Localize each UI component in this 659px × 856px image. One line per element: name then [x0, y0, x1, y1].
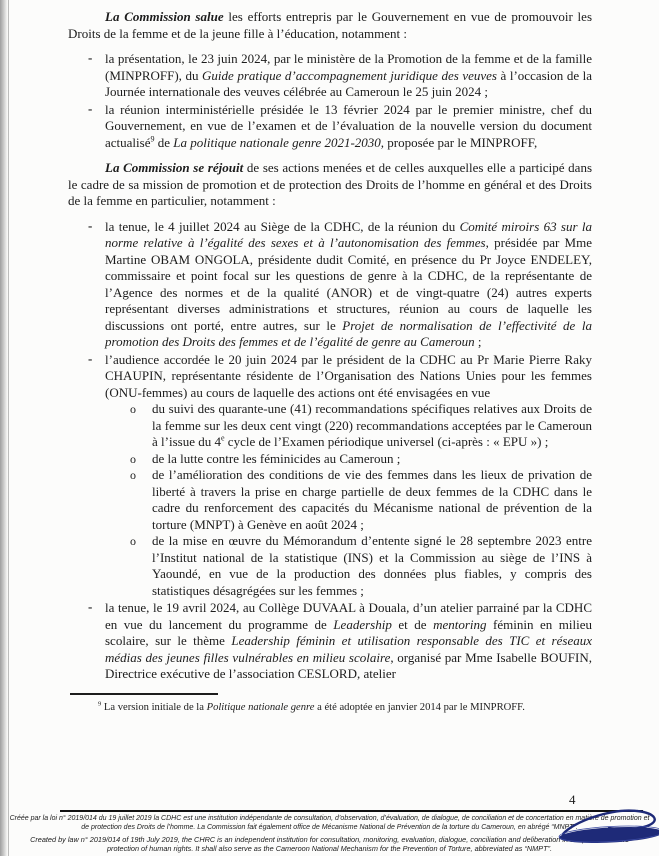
- list-item: - la présentation, le 23 juin 2024, par …: [68, 51, 592, 101]
- page-body: La Commission salue les efforts entrepri…: [68, 9, 592, 714]
- sub-list-item-text: du suivi des quarante-une (41) recommand…: [152, 401, 592, 449]
- dash-bullet-marker: -: [88, 351, 92, 368]
- circle-bullet-marker: o: [130, 533, 136, 550]
- footnote-9: 9 La version initiale de la Politique na…: [98, 701, 592, 714]
- footer-text-english: Created by law n° 2019/014 of 19th July …: [30, 835, 629, 853]
- bullet-list-education: - la présentation, le 23 juin 2024, par …: [68, 51, 592, 151]
- dash-bullet-marker: -: [88, 50, 92, 67]
- sub-bullet-list-onu-femmes: o du suivi des quarante-une (41) recomma…: [130, 401, 592, 599]
- footnote-divider: [70, 693, 218, 695]
- cdhc-swoosh-logo: [557, 798, 659, 848]
- document-page: La Commission salue les efforts entrepri…: [0, 0, 659, 856]
- list-item-text: l’audience accordée le 20 juin 2024 par …: [105, 352, 592, 400]
- list-item-text: la présentation, le 23 juin 2024, par le…: [105, 51, 592, 99]
- circle-bullet-marker: o: [130, 451, 136, 468]
- sub-list-item: o de la mise en œuvre du Mémorandum d’en…: [130, 533, 592, 599]
- scan-edge-artifact: [0, 0, 9, 856]
- circle-bullet-marker: o: [130, 401, 136, 418]
- circle-bullet-marker: o: [130, 467, 136, 484]
- list-item: - la réunion interministérielle présidée…: [68, 102, 592, 152]
- sub-list-item-text: de la mise en œuvre du Mémorandum d’ente…: [152, 533, 592, 598]
- footer-divider: [60, 810, 643, 812]
- paragraph-commission-se-rejouit: La Commission se réjouit de ses actions …: [68, 160, 592, 210]
- sub-list-item: o de la lutte contre les féminicides au …: [130, 451, 592, 468]
- sub-list-item: o de l’amélioration des conditions de vi…: [130, 467, 592, 533]
- dash-bullet-marker: -: [88, 101, 92, 118]
- dash-bullet-marker: -: [88, 218, 92, 235]
- bullet-list-actions: - la tenue, le 4 juillet 2024 au Siège d…: [68, 219, 592, 683]
- list-item: - la tenue, le 4 juillet 2024 au Siège d…: [68, 219, 592, 351]
- sub-list-item-text: de l’amélioration des conditions de vie …: [152, 467, 592, 532]
- paragraph-commission-salue: La Commission salue les efforts entrepri…: [68, 9, 592, 42]
- sub-list-item: o du suivi des quarante-une (41) recomma…: [130, 401, 592, 451]
- list-item-text: la tenue, le 19 avril 2024, au Collège D…: [105, 600, 592, 681]
- list-item-text: la réunion interministérielle présidée l…: [105, 102, 592, 150]
- list-item: - l’audience accordée le 20 juin 2024 pa…: [68, 352, 592, 600]
- list-item-text: la tenue, le 4 juillet 2024 au Siège de …: [105, 219, 592, 350]
- list-item: - la tenue, le 19 avril 2024, au Collège…: [68, 600, 592, 683]
- footer-text-french: Créée par la loi n° 2019/014 du 19 juill…: [8, 814, 651, 832]
- sub-list-item-text: de la lutte contre les féminicides au Ca…: [152, 451, 400, 466]
- dash-bullet-marker: -: [88, 599, 92, 616]
